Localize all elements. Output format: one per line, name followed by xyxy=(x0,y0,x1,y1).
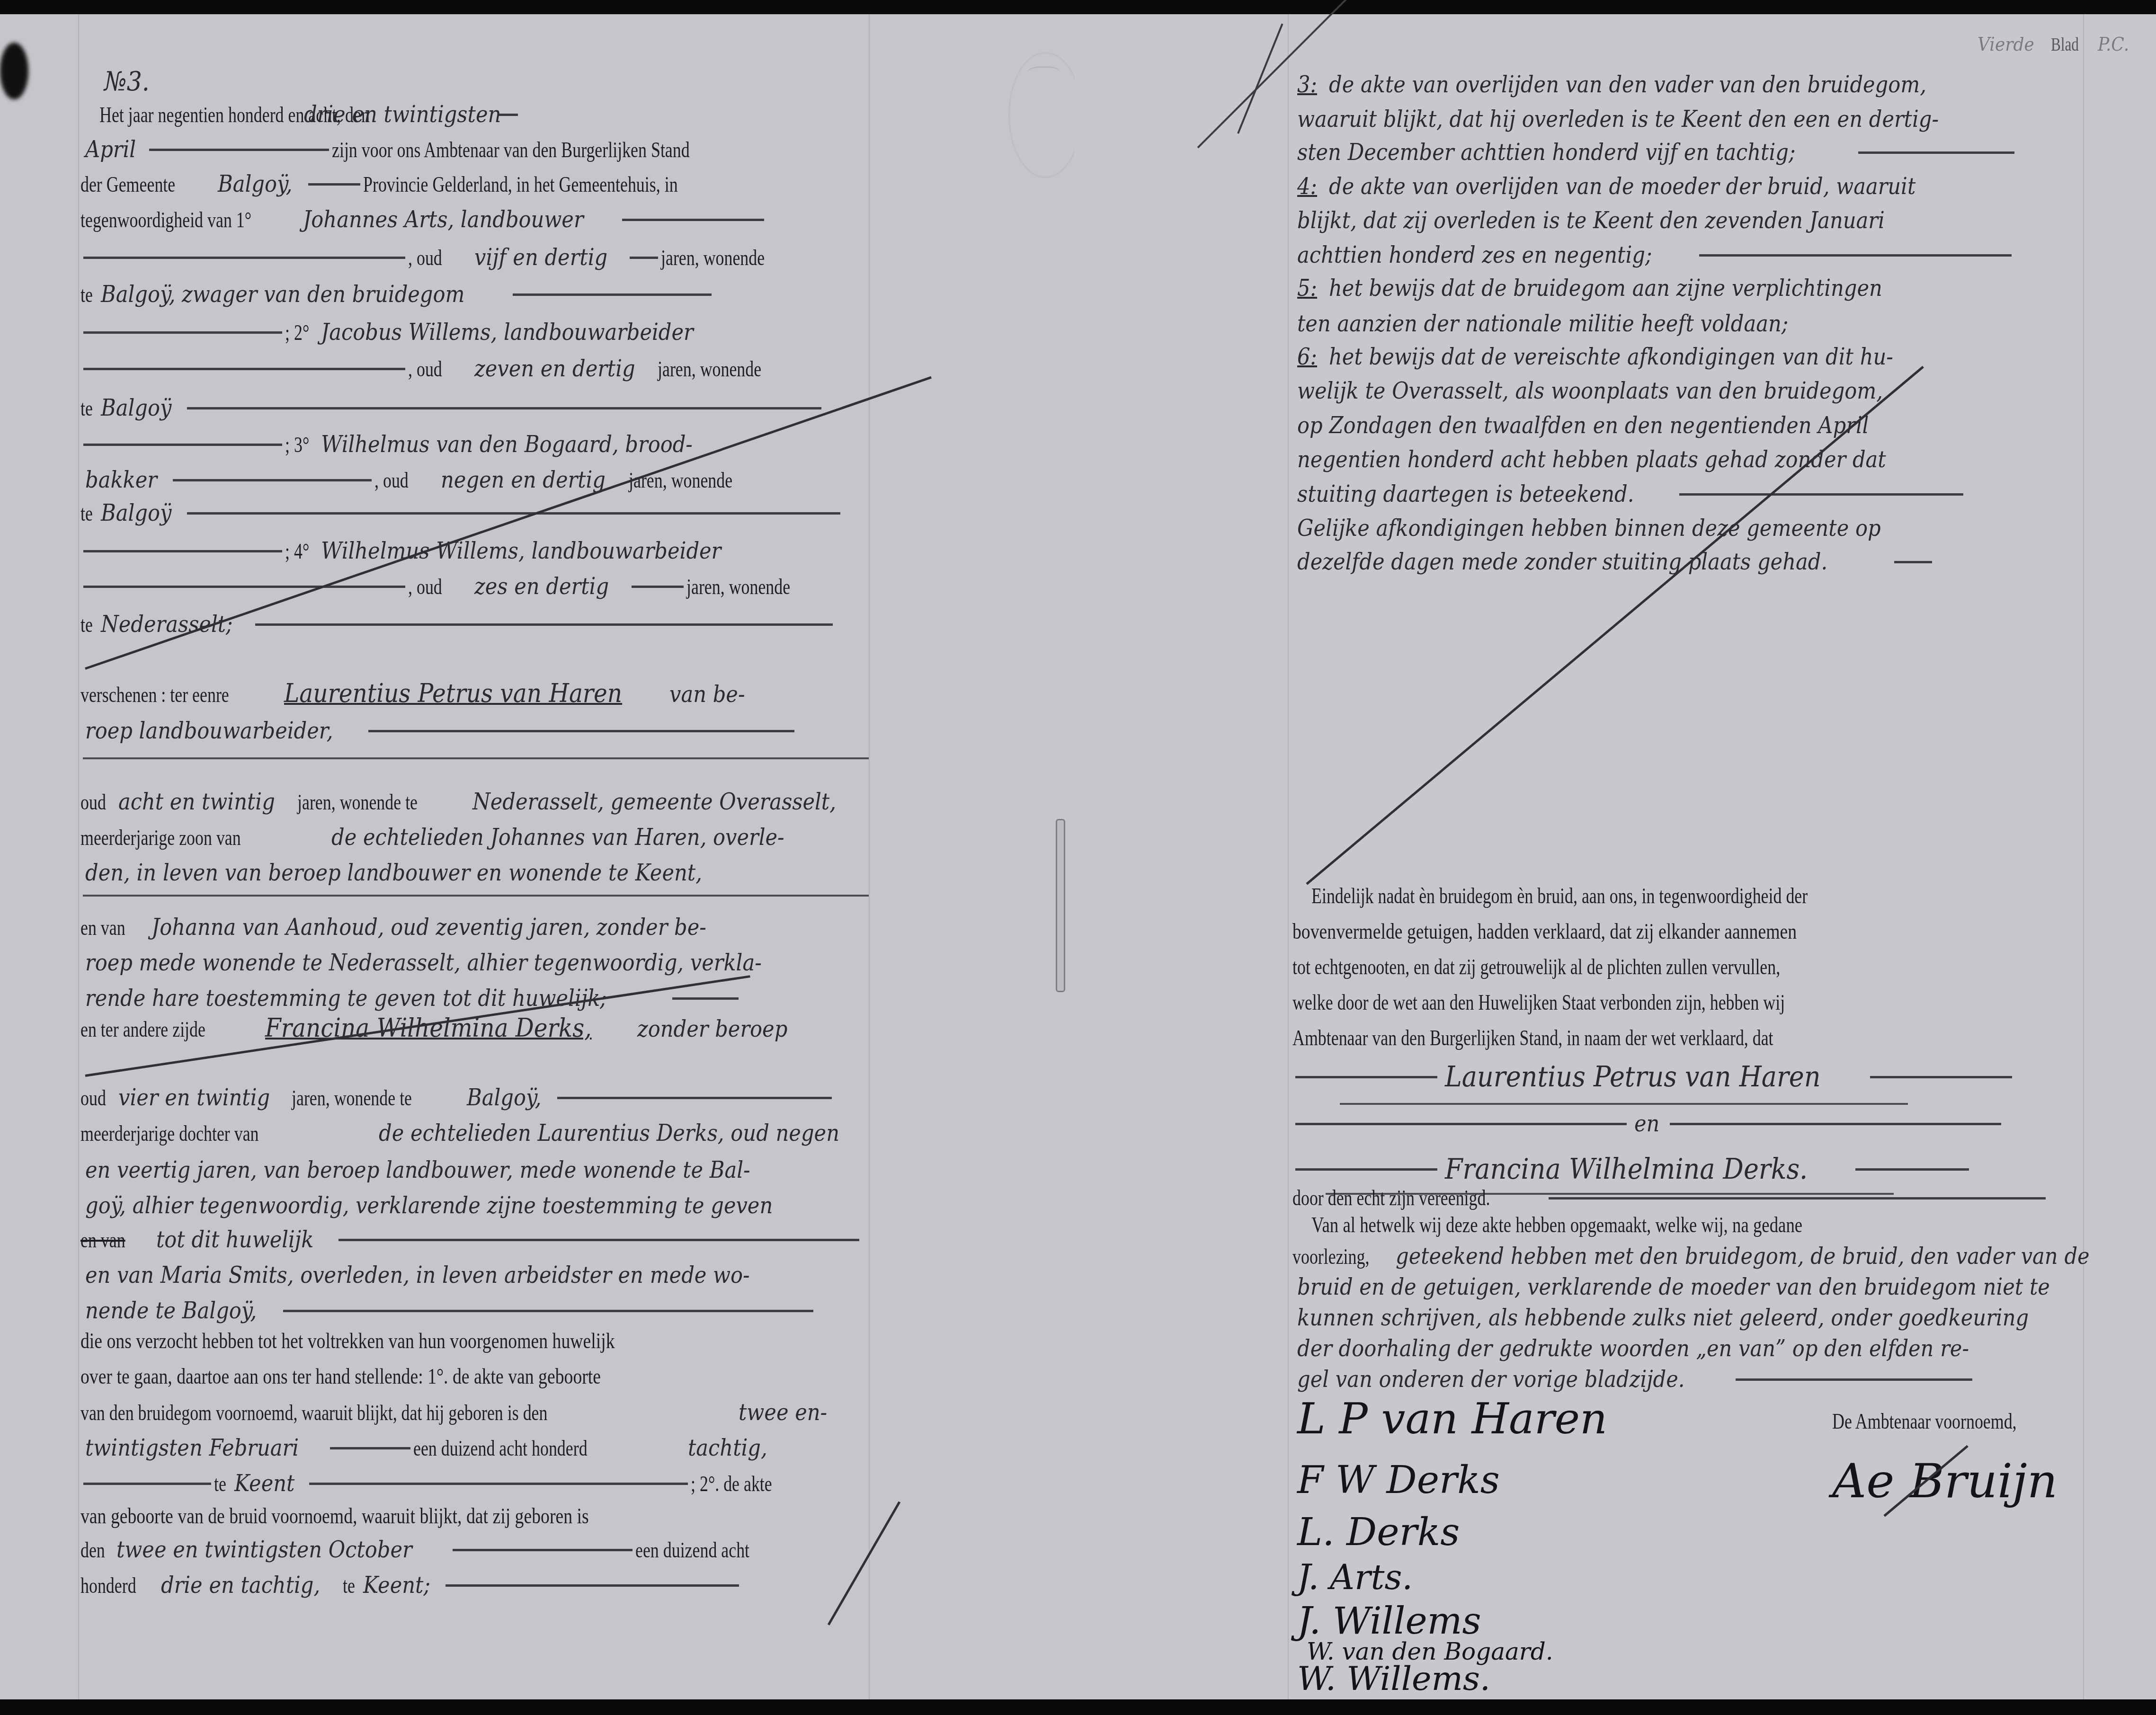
blank-rule xyxy=(83,757,869,759)
groom-mother-2: roep mede wonende te Nederasselt, alhier… xyxy=(80,951,842,974)
request-line-8: honderd drie en tachtig, te Keent; xyxy=(80,1574,742,1597)
document-spread: №3. Het jaar negentien honderd en acht, … xyxy=(0,14,2156,1699)
groom-parents: meerderjarige zoon van de echtelieden Jo… xyxy=(80,826,839,849)
proclamation-line-1: Gelijke afkondigingen hebben binnen deze… xyxy=(1292,517,1951,540)
declaration-line-3: tot echtgenooten, en dat zij getrouwelij… xyxy=(1292,956,1918,978)
month-line: April zijn voor ons Ambtenaar van den Bu… xyxy=(80,138,791,161)
doc-3-line-2: waaruit blijkt, dat hij overleden is te … xyxy=(1292,108,2015,131)
request-line-3: van den bruidegom voornoemd, waaruit bli… xyxy=(80,1401,842,1424)
bride-parents-2: en veertig jaren, van beroep landbouwer,… xyxy=(80,1159,829,1182)
doc-6-line-4: negentien honderd acht hebben plaats geh… xyxy=(1292,448,1956,471)
groom-line: verschenen : ter eenre Laurentius Petrus… xyxy=(80,681,758,706)
witness-2-residence: te Balgoÿ xyxy=(80,397,824,419)
groom-age: oud acht en twintig jaren, wonende te Ne… xyxy=(80,791,881,813)
blank-rule xyxy=(83,895,869,897)
witness-4-age: , oud zes en dertig jaren, wonende xyxy=(80,575,820,598)
witness-3-residence: te Balgoÿ xyxy=(80,502,843,524)
signature-bride: F W Derks xyxy=(1297,1458,1500,1502)
proclamation-line-2: dezelfde dagen mede zonder stuiting plaa… xyxy=(1292,551,1935,573)
doc-3-line-3: sten December achttien honderd vijf en t… xyxy=(1292,141,2017,164)
signature-witness-4: W. Willems. xyxy=(1297,1659,1490,1698)
request-line-7: den twee en twintigsten October een duiz… xyxy=(80,1538,782,1561)
binding-gutter xyxy=(1056,819,1065,992)
bride-mother: en van Maria Smits, overleden, in leven … xyxy=(80,1264,829,1287)
witness-1-line: tegenwoordigheid van 1° Johannes Arts, l… xyxy=(80,208,767,231)
doc-4-line-3: achttien honderd zes en negentig; xyxy=(1292,244,2014,267)
doc-4-line-1: 4: de akte van overlijden van de moeder … xyxy=(1292,175,1986,198)
closing-line-3: kunnen schrijven, als hebbende zulks nie… xyxy=(1292,1306,2115,1329)
couple-groom: Laurentius Petrus van Haren xyxy=(1292,1063,2015,1091)
groom-parents-2: den, in leven van beroep landbouwer en w… xyxy=(80,862,775,884)
closing-line-1: voorlezing, geteekend hebben met den bru… xyxy=(1292,1245,2156,1268)
municipality-line: der Gemeente Balgoÿ, Provincie Gelderlan… xyxy=(80,173,766,195)
bride-parents: meerderjarige dochter van de echtelieden… xyxy=(80,1122,895,1145)
bride-age: oud vier en twintig jaren, wonende te Ba… xyxy=(80,1086,835,1109)
couple-bride: Francina Wilhelmina Derks. xyxy=(1292,1155,1972,1183)
doc-6-line-2: welijk te Overasselt, als woonplaats van… xyxy=(1292,380,1952,402)
record-number: №3. xyxy=(99,69,159,95)
bride-parents-4: en van tot dit huwelijk xyxy=(80,1228,862,1251)
ink-blot xyxy=(0,43,28,99)
groom-mother: en van Johanna van Aanhoud, oud zeventig… xyxy=(80,916,773,939)
signature-witness-2: J. Willems xyxy=(1297,1600,1481,1643)
left-page: №3. Het jaar negentien honderd en acht, … xyxy=(0,14,1075,1699)
seal-crown xyxy=(1027,66,1060,82)
closing-line-2: bruid en de getuigen, verklarende de moe… xyxy=(1292,1276,2138,1298)
bride-parents-3: goÿ, alhier tegenwoordig, verklarende zi… xyxy=(80,1194,854,1217)
margin-line xyxy=(78,14,79,1699)
margin-line xyxy=(1288,14,1289,1699)
margin-line xyxy=(2083,14,2084,1699)
witness-1-residence: te Balgoÿ, zwager van den bruidegom xyxy=(80,283,714,306)
signature-official: Ae Bruijn xyxy=(1832,1453,2058,1509)
doc-3-line-1: 3: de akte van overlijden van den vader … xyxy=(1292,73,1997,96)
underline-rule xyxy=(1340,1103,1908,1105)
doc-6-line-3: op Zondagen den twaalfden en den negenti… xyxy=(1292,414,1937,437)
doc-4-line-2: blijkt, dat zij overleden is te Keent de… xyxy=(1292,209,1955,232)
declaration-line-2: bovenvermelde getuigen, hadden verklaard… xyxy=(1292,921,1907,942)
doc-6-line-5: stuiting daartegen is beteekend. xyxy=(1292,483,1966,506)
date-line: Het jaar negentien honderd en acht, den … xyxy=(99,103,521,126)
witness-2-line: ; 2° Jacobus Willems, landbouwarbeider xyxy=(80,321,739,344)
margin-line xyxy=(869,14,870,1699)
request-line-2: over te gaan, daartoe aan ons ter hand s… xyxy=(80,1366,715,1387)
request-line-6: van geboorte van de bruid voornoemd, waa… xyxy=(80,1505,700,1527)
groom-mother-3: rende hare toestemming te geven tot dit … xyxy=(80,987,741,1010)
request-line-4: twintigsten Februari een duizend acht ho… xyxy=(80,1437,781,1459)
witness-3-line: ; 3° Wilhelmus van den Bogaard, brood- xyxy=(80,433,739,456)
doc-5-line-1: 5: het bewijs dat de bruidegom aan zijne… xyxy=(1292,277,1948,300)
strike-diagonal xyxy=(1306,366,1924,885)
united-line: door den echt zijn vereenigd. xyxy=(1292,1187,2049,1209)
bride-mother-2: nende te Balgoÿ, xyxy=(80,1299,816,1322)
sheet-label: Vierde Blad P.C. xyxy=(1973,33,2137,55)
closing-printed: Van al hetwelk wij deze akte hebben opge… xyxy=(1311,1214,1925,1236)
doc-6-line-1: 6: het bewijs dat de vereischte afkondig… xyxy=(1292,346,1960,368)
groom-occupation: roep landbouwarbeider, xyxy=(80,720,797,742)
doc-5-line-2: ten aanzien der nationale militie heeft … xyxy=(1292,312,1848,335)
request-line-1: die ons verzocht hebben tot het voltrekk… xyxy=(80,1330,732,1352)
closing-line-5: gel van onderen der vorige bladzijde. xyxy=(1292,1368,1975,1391)
bride-line: en ter andere zijde Francina Wilhelmina … xyxy=(80,1015,809,1041)
closing-stroke xyxy=(828,1501,900,1625)
official-label: De Ambtenaar voornoemd, xyxy=(1832,1411,2068,1432)
request-line-5: te Keent ; 2°. de akte xyxy=(80,1472,795,1495)
declaration-line-1: Eindelijk nadat èn bruidegom èn bruid, a… xyxy=(1311,885,1948,907)
signature-groom: L P van Haren xyxy=(1297,1394,1607,1444)
flourish-stroke xyxy=(1237,23,1283,133)
signature-witness-1: J. Arts. xyxy=(1297,1557,1413,1597)
closing-line-4: der doorhaling der gedrukte woorden „en … xyxy=(1292,1337,2049,1360)
declaration-line-5: Ambtenaar van den Burgerlijken Stand, in… xyxy=(1292,1027,1909,1049)
right-page: Vierde Blad P.C. 3: de akte van overlijd… xyxy=(1075,14,2156,1699)
signature-bride-father: L. Derks xyxy=(1297,1510,1460,1554)
witness-2-age: , oud zeven en dertig jaren, wonende xyxy=(80,357,791,380)
couple-conjunction: en xyxy=(1292,1112,2004,1135)
witness-1-age: , oud vijf en dertig jaren, wonende xyxy=(80,246,794,269)
declaration-line-4: welke door de wet aan den Huwelijken Sta… xyxy=(1292,992,1924,1013)
